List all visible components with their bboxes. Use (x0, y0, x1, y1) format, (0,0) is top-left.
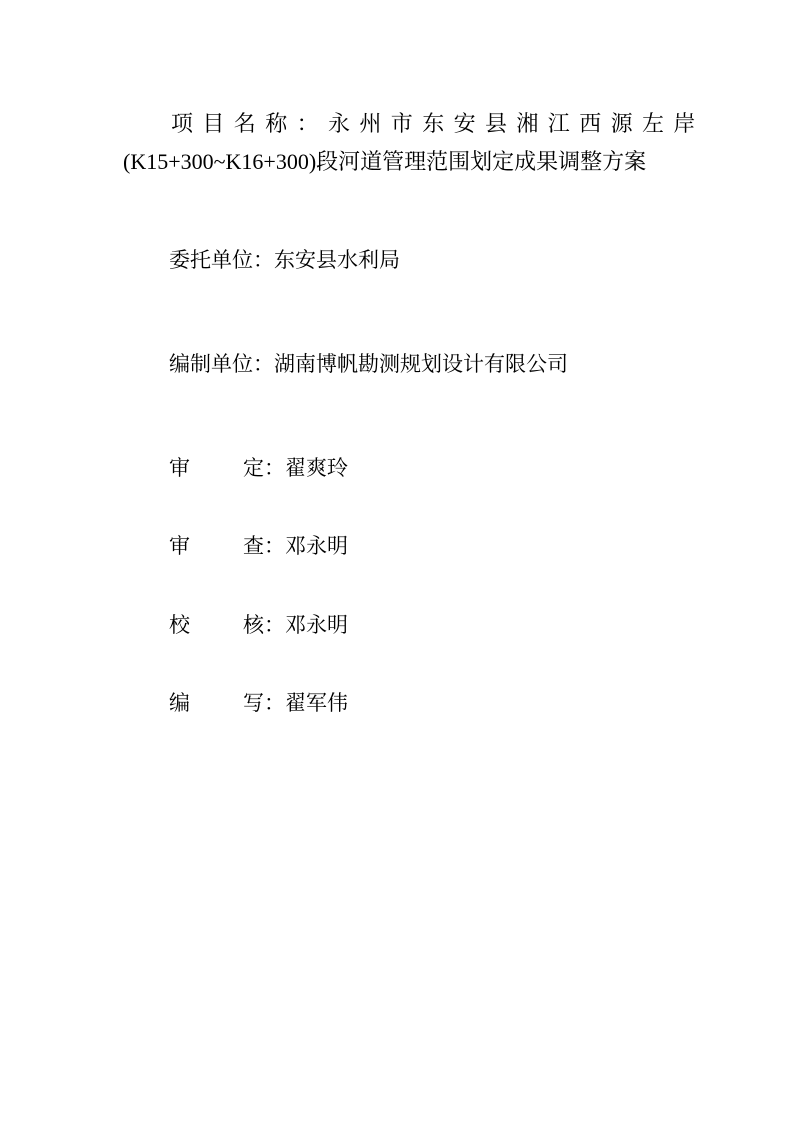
client-unit-value: 东安县水利局 (274, 250, 400, 271)
author-name: 翟军伟 (285, 693, 348, 714)
author-label: 编写 (169, 693, 264, 714)
project-name-title-line2: (K15+300~K16+300)段河道管理范围划定成果调整方案 (123, 151, 646, 173)
colon-separator: ： (264, 693, 285, 714)
project-name-title-line1: 项目名称：永州市东安县湘江西源左岸 (171, 113, 705, 135)
checker-label: 校核 (169, 615, 264, 636)
info-row-client: 委托单位：东安县水利局 (169, 250, 400, 271)
info-row-compiler: 编制单位：湖南博帆勘测规划设计有限公司 (169, 354, 568, 375)
info-row-author: 编写：翟军伟 (169, 693, 348, 714)
client-unit-label: 委托单位 (169, 250, 253, 271)
reviewer-name: 邓永明 (285, 536, 348, 557)
colon-separator: ： (253, 354, 274, 375)
info-row-approver: 审定：翟爽玲 (169, 458, 348, 479)
reviewer-label: 审查 (169, 536, 264, 557)
approver-label: 审定 (169, 458, 264, 479)
document-page: 项目名称：永州市东安县湘江西源左岸 (K15+300~K16+300)段河道管理… (0, 0, 793, 1122)
approver-name: 翟爽玲 (285, 458, 348, 479)
checker-name: 邓永明 (285, 615, 348, 636)
compiler-unit-label: 编制单位 (169, 354, 253, 375)
colon-separator: ： (264, 536, 285, 557)
colon-separator: ： (264, 615, 285, 636)
compiler-unit-value: 湖南博帆勘测规划设计有限公司 (274, 354, 568, 375)
colon-separator: ： (264, 458, 285, 479)
info-row-checker: 校核：邓永明 (169, 615, 348, 636)
colon-separator: ： (253, 250, 274, 271)
info-row-reviewer: 审查：邓永明 (169, 536, 348, 557)
